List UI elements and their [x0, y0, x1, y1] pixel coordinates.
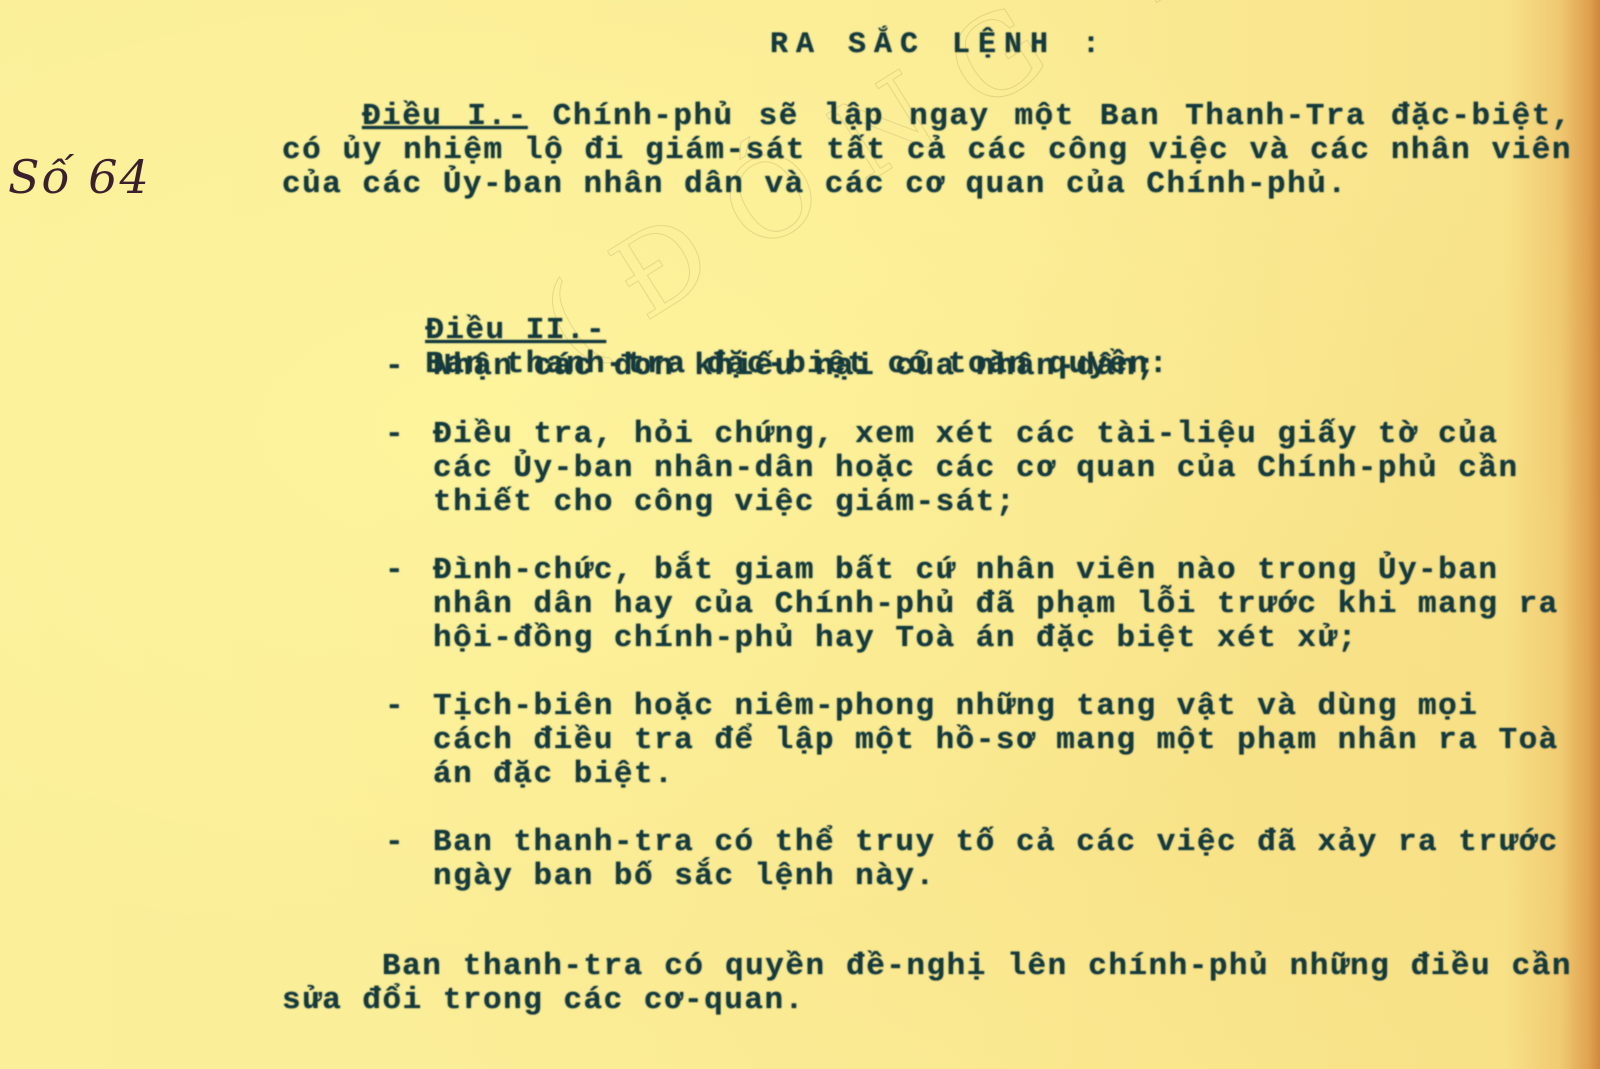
power-text: Nhận các đơn khiếu nại của nhân-dân; — [433, 349, 1157, 384]
bullet-dash: - — [385, 690, 405, 724]
bullet-dash: - — [385, 826, 405, 860]
decree-heading: RA SẮC LỆNH : — [770, 28, 1108, 62]
powers-list: - Nhận các đơn khiếu nại của nhân-dân; -… — [385, 350, 1575, 928]
closing-paragraph: Ban thanh-tra có quyền đề-nghị lên chính… — [282, 950, 1572, 1018]
power-text: Điều tra, hỏi chứng, xem xét các tài-liệ… — [433, 417, 1519, 520]
list-item: - Tịch-biên hoặc niêm-phong những tang v… — [385, 690, 1575, 792]
power-text: Tịch-biên hoặc niêm-phong những tang vật… — [433, 689, 1559, 792]
bullet-dash: - — [385, 554, 405, 588]
list-item: - Đình-chức, bắt giam bất cứ nhân viên n… — [385, 554, 1575, 656]
list-item: - Điều tra, hỏi chứng, xem xét các tài-l… — [385, 418, 1575, 520]
power-text: Đình-chức, bắt giam bất cứ nhân viên nào… — [433, 553, 1559, 656]
handwritten-document-number: Số 64 — [8, 150, 151, 204]
bullet-dash: - — [385, 350, 405, 384]
list-item: - Nhận các đơn khiếu nại của nhân-dân; — [385, 350, 1575, 384]
article-1: Điều I.- Chính-phủ sẽ lập ngay một Ban T… — [282, 100, 1572, 202]
power-text: Ban thanh-tra có thể truy tố cả các việc… — [433, 825, 1559, 894]
bullet-dash: - — [385, 418, 405, 452]
article-1-label: Điều I.- — [362, 99, 528, 134]
article-2-label: Điều II.- — [425, 313, 606, 348]
list-item: - Ban thanh-tra có thể truy tố cả các vi… — [385, 826, 1575, 894]
